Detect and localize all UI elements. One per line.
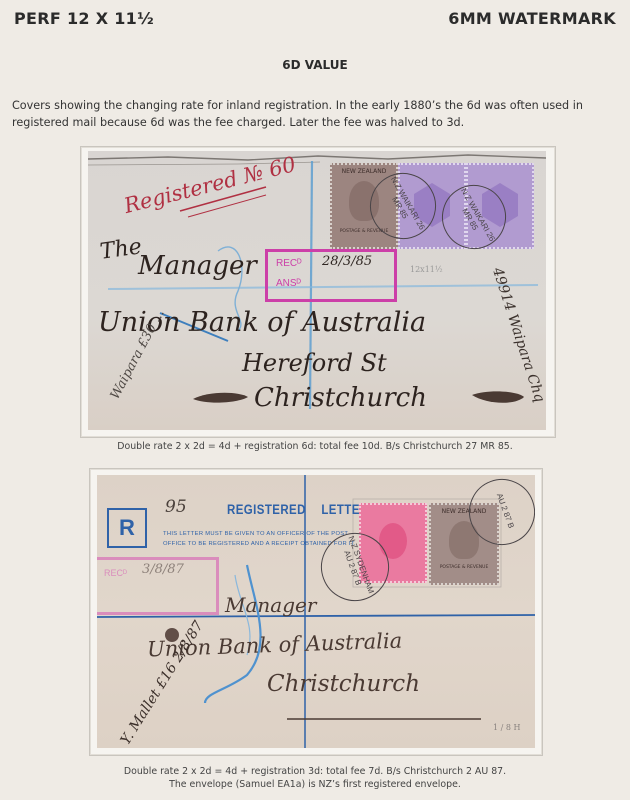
cover-number-note: 95 [165,497,187,517]
cover-1-caption: Double rate 2 x 2d = 4d + registration 6… [0,440,630,453]
recd-label: RECᴰ [104,568,127,578]
cover-2-caption-line-1: Double rate 2 x 2d = 4d + registration 3… [0,765,630,778]
registered-letter-heading: REGISTERED LETTER. [227,502,372,517]
perforation-pencil-note: 12x11½ [410,265,443,274]
ansd-label: ANSᴰ [276,278,301,289]
stamp-country-label: NEW ZEALAND [332,168,396,175]
received-answered-box: RECᴰ ANSᴰ 28/3/85 [265,249,397,302]
received-box-faded: RECᴰ 3/8/87 [97,557,219,615]
registered-r-box: R [107,508,147,548]
stamp-postage-label: POSTAGE & REVENUE [431,565,497,570]
intro-paragraph: Covers showing the changing rate for inl… [12,97,624,131]
recd-label: RECᴰ [276,258,302,269]
instruction-line-1: This Letter must be given to an Officer … [163,531,348,537]
address-city: Christchurch [254,383,427,413]
r-letter: R [109,510,145,546]
corner-pencil-note: 1 / 8 H [493,723,520,732]
recd-date: 3/8/87 [142,562,184,577]
cover-2-caption-line-2: The envelope (Samuel EA1a) is NZ’s first… [0,778,630,791]
page-header-left: PERF 12 X 11½ [14,9,154,28]
page-header-right: 6MM WATERMARK [448,9,616,28]
cover-2: 95 R REGISTERED LETTER. This Letter must… [97,475,535,748]
address-city: Christchurch [267,671,420,697]
cover-1: Registered № 60 NEW ZEALAND POSTAGE & RE… [88,151,546,430]
address-manager: Manager [225,593,316,617]
address-street: Hereford St [242,349,387,377]
section-title: 6D VALUE [0,58,630,72]
recd-date: 28/3/85 [322,254,372,269]
address-manager: Manager [138,251,257,281]
